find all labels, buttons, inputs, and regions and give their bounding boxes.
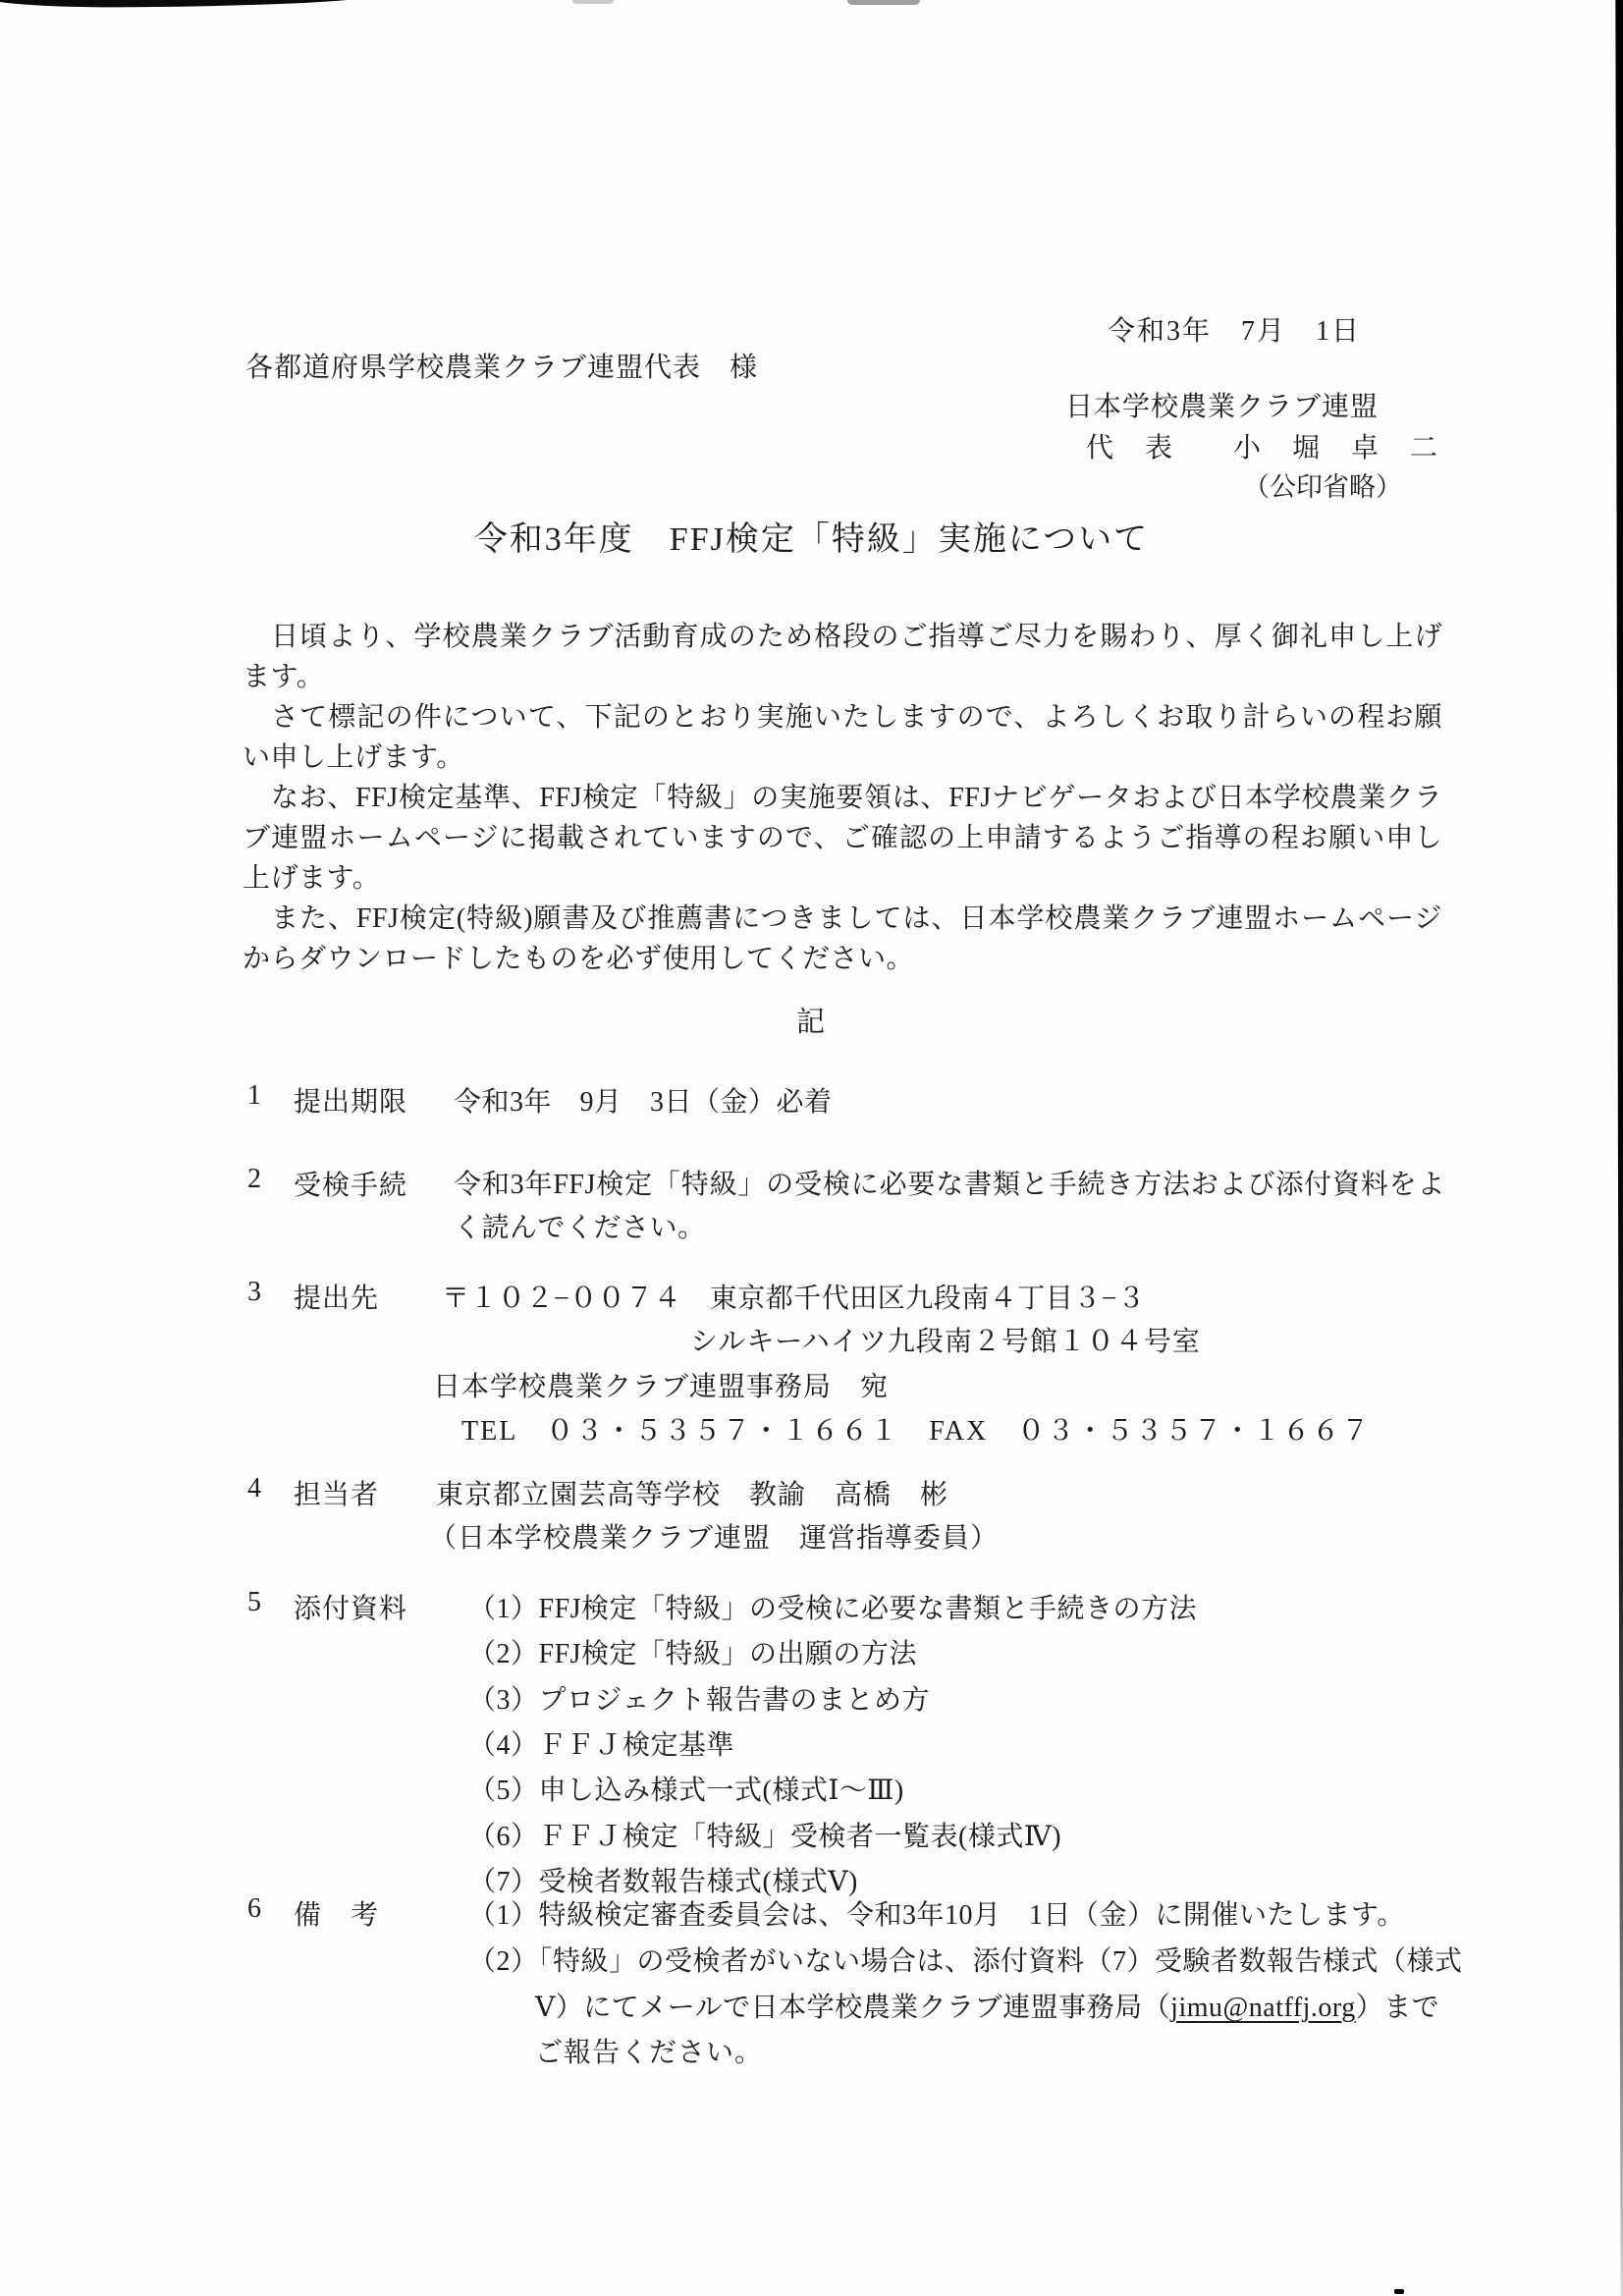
addressee-line: 各都道府県学校農業クラブ連盟代表 様 [245, 346, 758, 385]
tel-fax-line: TEL ０３・５３５７・１６６１ FAX ０３・５３５７・１６６７ [461, 1409, 1371, 1449]
attachment-entry: （3）プロジェクト報告書のまとめ方 [468, 1678, 930, 1718]
recipient-line: 日本学校農業クラブ連盟事務局 宛 [433, 1365, 889, 1404]
email-address-link: jimu@natffj.org [1170, 1993, 1356, 2023]
item-value: 令和3年 9月 3日（金）必着 [454, 1080, 833, 1120]
scan-artifact-right-edge [1614, 0, 1623, 2296]
remark-no-examinee-line2: Ⅴ）にてメールで日本学校農業クラブ連盟事務局（jimu@natffj.org）ま… [535, 1986, 1439, 2025]
item-procedure: 2 受検手続 令和3年FFJ検定「特級」の受検に必要な書類と手続き方法および添付… [0, 1164, 1623, 1203]
record-marker: 記 [0, 1000, 1623, 1040]
remark-text-before-email: Ⅴ）にてメールで日本学校農業クラブ連盟事務局（ [535, 1993, 1170, 2023]
scan-artifact-smudge [847, 0, 920, 5]
remark-text-after-email: ）まで [1356, 1993, 1440, 2023]
item-label: 添付資料 [294, 1587, 407, 1626]
item-number: 6 [247, 1893, 262, 1925]
sender-representative: 代 表 小 堀 卓 二 [1086, 426, 1439, 465]
scanned-document-page: 令和3年 7月 1日 各都道府県学校農業クラブ連盟代表 様 日本学校農業クラブ連… [0, 0, 1623, 2296]
paragraph-greeting: 日頃より、学校農業クラブ活動育成のため格段のご指導ご尽力を賜わり、厚く御礼申し上… [243, 617, 1442, 697]
scan-artifact-top-streak [0, 0, 371, 8]
attachment-entry: （2）FFJ検定「特級」の出願の方法 [468, 1632, 917, 1671]
remark-no-examinee-line3: ご報告ください。 [535, 2031, 763, 2070]
item-label: 提出先 [294, 1277, 379, 1316]
document-date: 令和3年 7月 1日 [1108, 309, 1361, 349]
body-paragraphs: 日頃より、学校農業クラブ活動育成のため格段のご指導ご尽力を賜わり、厚く御礼申し上… [243, 617, 1442, 979]
sender-organization: 日本学校農業クラブ連盟 [1065, 385, 1379, 424]
item-remarks: 6 備 考 （1）特級検定審査委員会は、令和3年10月 1日（金）に開催いたしま… [0, 1893, 1623, 1933]
item-contact-person: 4 担当者 東京都立園芸高等学校 教諭 高橋 彬 [0, 1473, 1623, 1512]
building-address-line: シルキーハイツ九段南２号館１０４号室 [690, 1320, 1201, 1359]
attachment-entry: （5）申し込み様式一式(様式Ⅰ～Ⅲ) [468, 1769, 904, 1808]
item-label: 提出期限 [294, 1080, 407, 1120]
scan-artifact-bottom-dot [1394, 2289, 1404, 2294]
document-title: 令和3年度 FFJ検定「特級」実施について [0, 512, 1623, 560]
attachment-entry: （6）ＦＦＪ検定「特級」受検者一覧表(様式Ⅳ) [468, 1815, 1061, 1854]
item-number: 3 [247, 1277, 262, 1308]
item-submission-address: 3 提出先 〒１０２−００７４ 東京都千代田区九段南４丁目３−３ [0, 1277, 1623, 1316]
attachment-entry: （1）FFJ検定「特級」の受検に必要な書類と手続きの方法 [468, 1587, 1197, 1626]
item-label: 受検手続 [294, 1164, 407, 1203]
postal-address-line: 〒１０２−００７４ 東京都千代田区九段南４丁目３−３ [442, 1277, 1146, 1316]
item-label: 担当者 [294, 1473, 379, 1512]
paragraph-guidelines: なお、FFJ検定基準、FFJ検定「特級」の実施要領は、FFJナビゲータおよび日本… [243, 778, 1442, 899]
contact-person-role: （日本学校農業クラブ連盟 運営指導委員） [429, 1516, 999, 1556]
paragraph-purpose: さて標記の件について、下記のとおり実施いたしますので、よろしくお取り計らいの程お… [243, 697, 1442, 778]
item-deadline: 1 提出期限 令和3年 9月 3日（金）必着 [0, 1080, 1623, 1120]
paragraph-download: また、FFJ検定(特級)願書及び推薦書につきましては、日本学校農業クラブ連盟ホー… [243, 899, 1442, 979]
item-label: 備 考 [294, 1893, 379, 1933]
item-number: 5 [247, 1587, 262, 1618]
item-number: 4 [247, 1473, 262, 1504]
scan-artifact-smudge [572, 0, 614, 4]
item-number: 2 [247, 1164, 262, 1195]
attachment-entry: （4）ＦＦＪ検定基準 [468, 1723, 734, 1763]
remark-committee-date: （1）特級検定審査委員会は、令和3年10月 1日（金）に開催いたします。 [468, 1893, 1405, 1933]
seal-omission-note: （公印省略） [1243, 465, 1402, 504]
item-value: 令和3年FFJ検定「特級」の受検に必要な書類と手続き方法および添付資料をよく読ん… [454, 1164, 1445, 1250]
item-number: 1 [247, 1080, 262, 1112]
contact-person-line: 東京都立園芸高等学校 教諭 高橋 彬 [436, 1473, 948, 1512]
remark-no-examinee-line1: （2）「特級」の受検者がいない場合は、添付資料（7）受験者数報告様式（様式 [468, 1940, 1463, 1979]
